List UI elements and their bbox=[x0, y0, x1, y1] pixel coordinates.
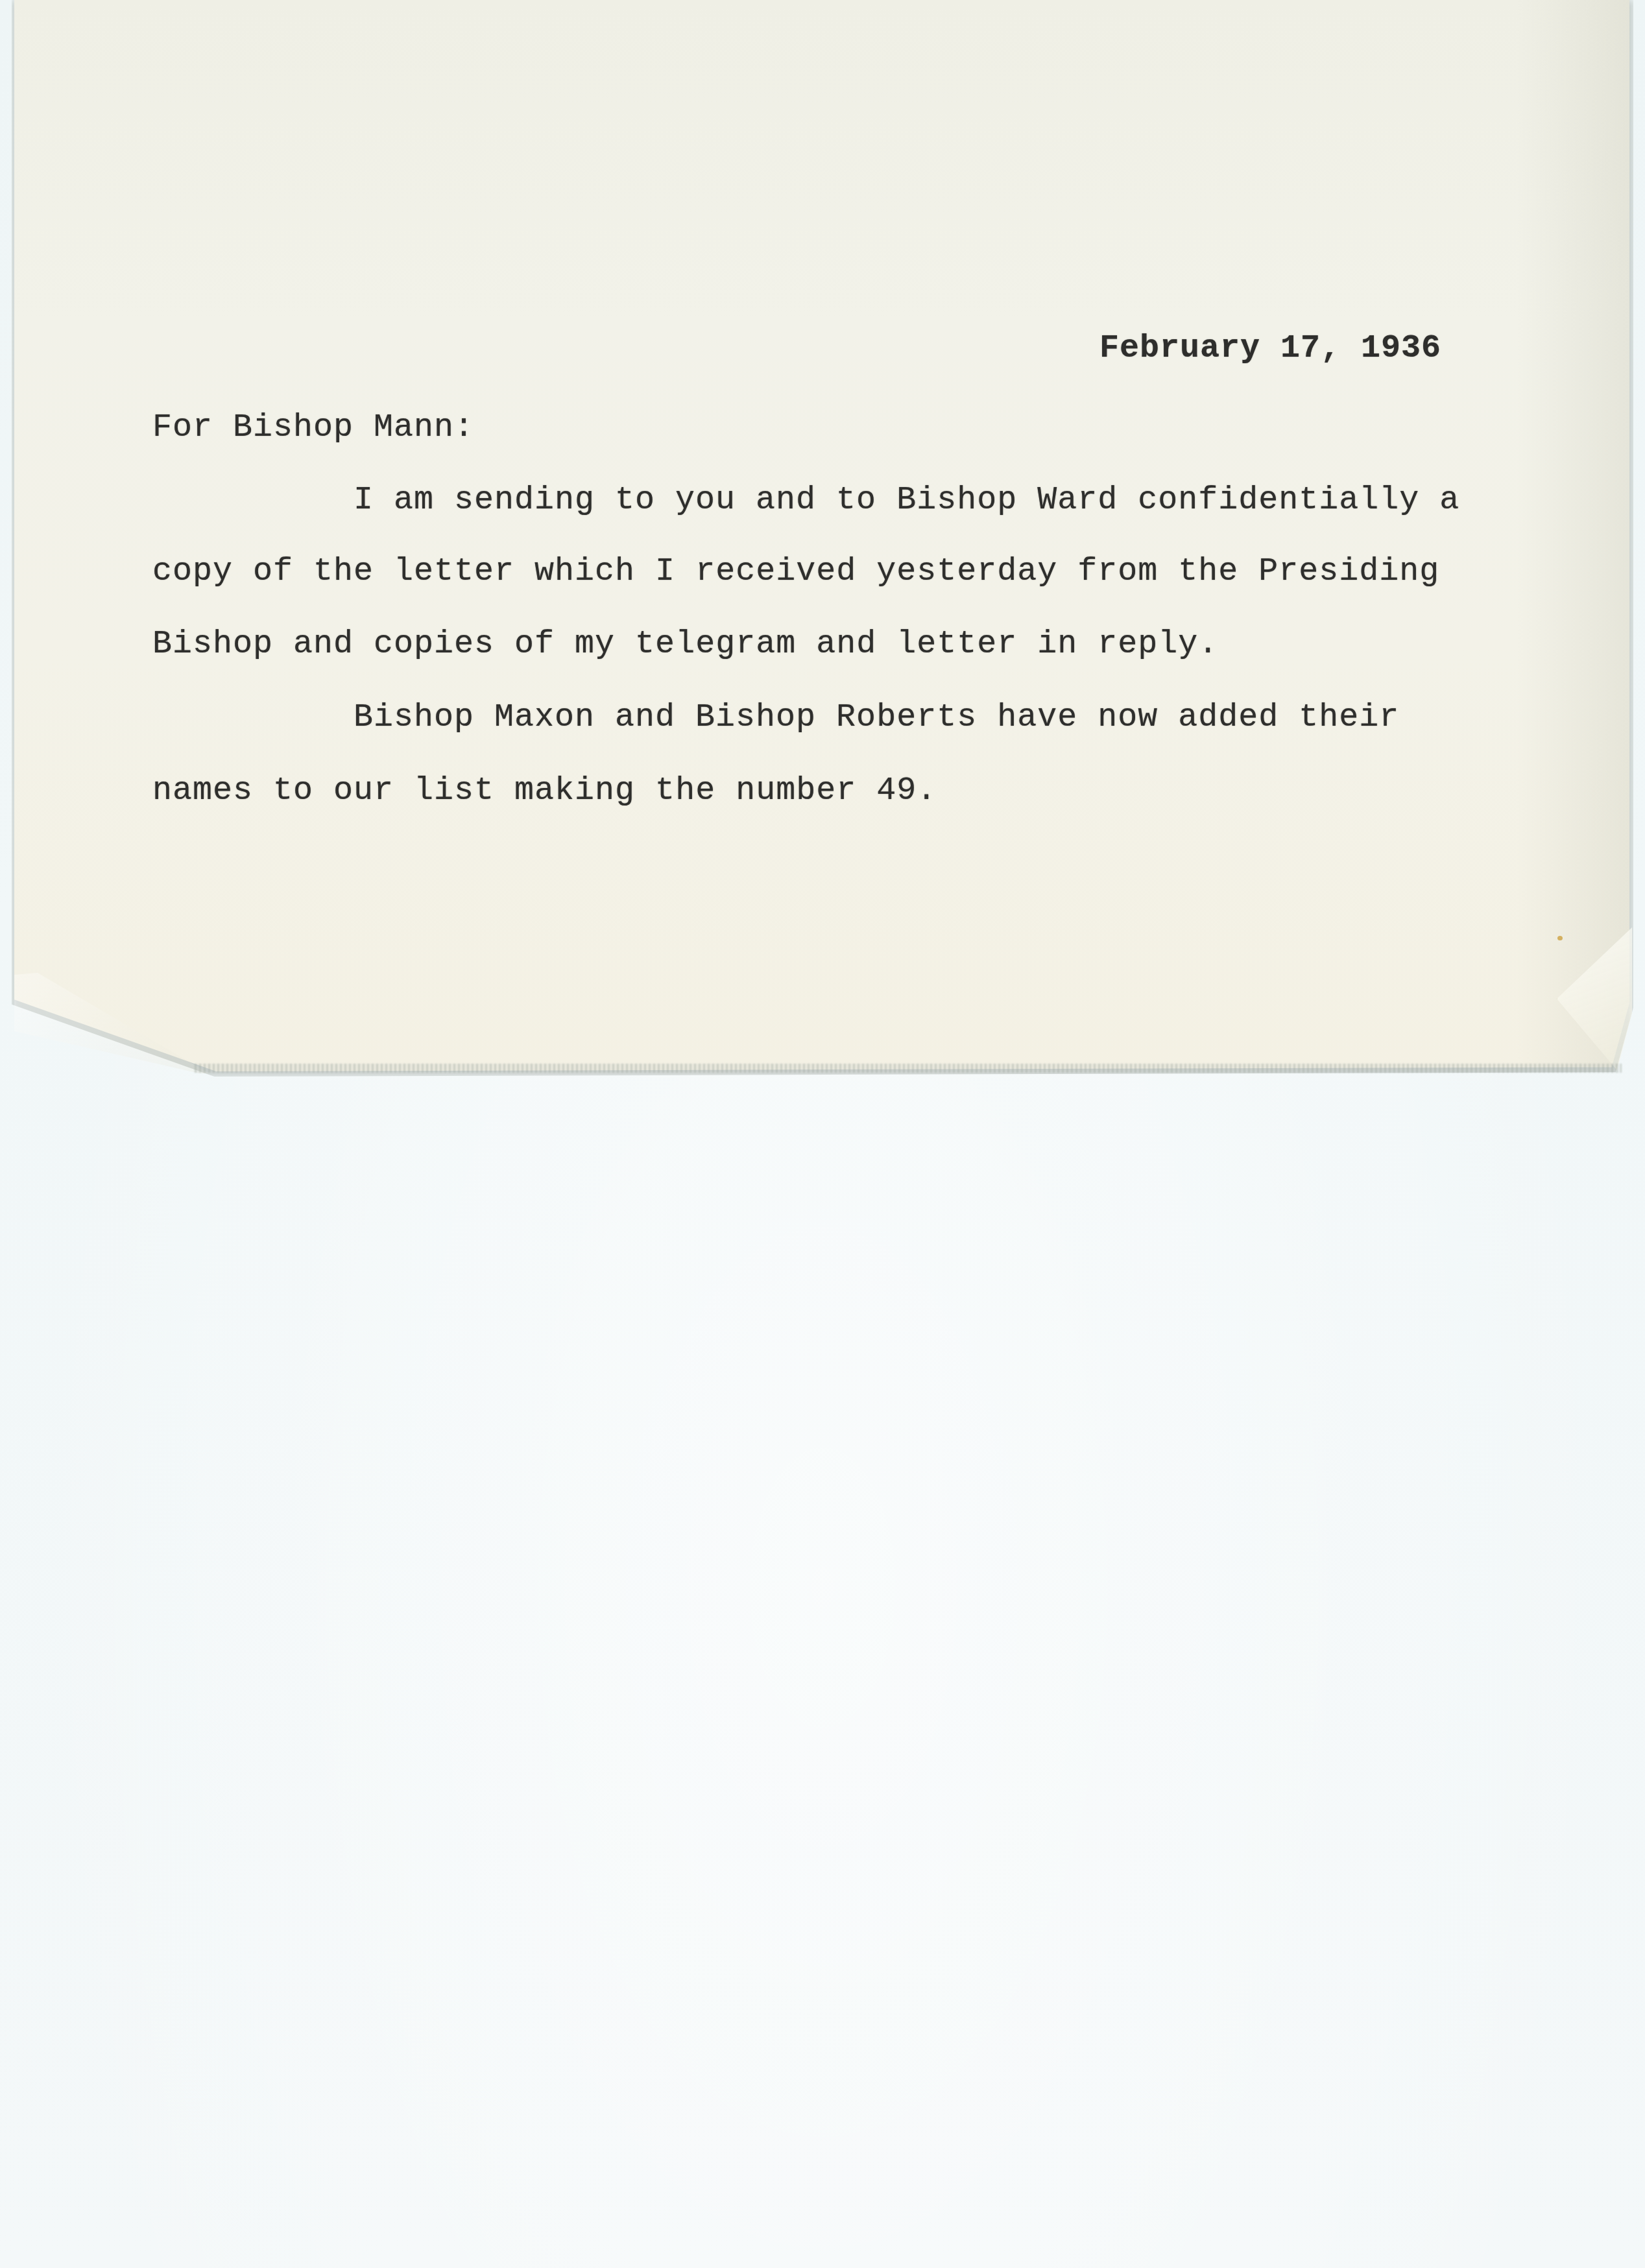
memo-salutation: For Bishop Mann: bbox=[152, 412, 474, 444]
paragraph-line: Bishop Maxon and Bishop Roberts have now… bbox=[354, 702, 1399, 734]
paragraph-line: Bishop and copies of my telegram and let… bbox=[152, 628, 1218, 661]
paragraph-line: names to our list making the number 49. bbox=[152, 775, 937, 807]
memo-body: February 17, 1936 For Bishop Mann: I am … bbox=[0, 0, 1645, 1070]
memo-date: February 17, 1936 bbox=[1099, 333, 1441, 365]
paragraph-line: I am sending to you and to Bishop Ward c… bbox=[354, 484, 1459, 517]
paragraph-line: copy of the letter which I received yest… bbox=[152, 556, 1439, 588]
